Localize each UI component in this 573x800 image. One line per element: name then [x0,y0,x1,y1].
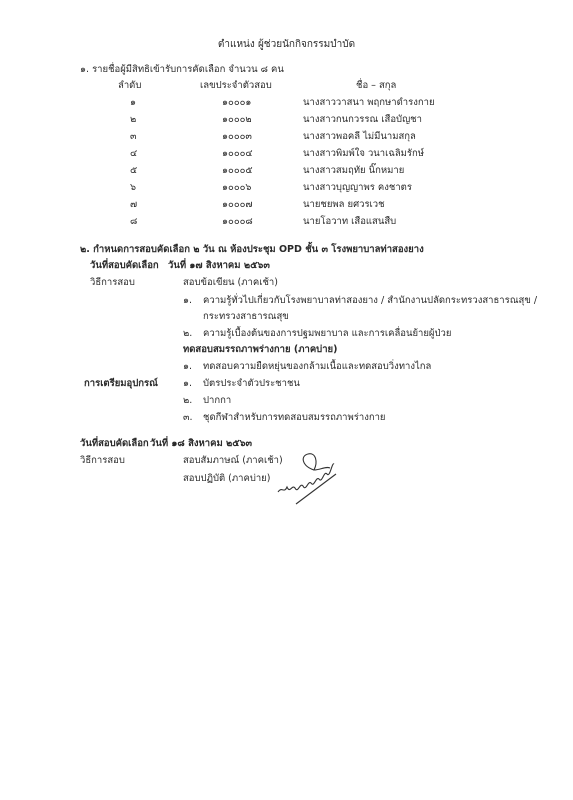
equipment-item-text: ชุดกีฬาสำหรับการทดสอบสมรรถภาพร่างกาย [203,411,386,425]
row-order: ๔ [130,147,137,161]
row-name: นางสาวบุญญาพร คงชาตร [303,181,412,195]
day1-method-label: วิธีการสอบ [90,276,135,290]
col-header-order: ลำดับ [118,79,141,93]
equipment-item-num: ๑. [183,377,192,391]
row-order: ๕ [130,164,137,178]
written-item-text: ความรู้ทั่วไปเกี่ยวกับโรงพยาบาลท่าสองยาง… [203,294,537,308]
row-exam-id: ๑๐๐๐๗ [222,198,253,212]
row-order: ๑ [130,96,136,110]
document-title: ตำแหน่ง ผู้ช่วยนักกิจกรรมบำบัด [0,38,573,52]
day1-date-value: วันที่ ๑๗ สิงหาคม ๒๕๖๓ [168,259,270,273]
row-order: ๖ [130,181,136,195]
row-exam-id: ๑๐๐๐๖ [222,181,251,195]
signature-image [270,448,350,508]
row-name: นายชยพล ยศวรเวช [303,198,385,212]
equipment-item-num: ๓. [183,411,193,425]
row-order: ๘ [130,215,137,229]
row-name: นางสาววาสนา พฤกษาดำรงกาย [303,96,435,110]
row-order: ๓ [130,130,137,144]
col-header-exam-id: เลขประจำตัวสอบ [200,79,272,93]
written-item-num: ๒. [183,327,192,341]
written-item-continuation: กระทรวงสาธารณสุข [203,310,289,324]
equipment-item-num: ๒. [183,394,192,408]
section2-heading: ๒. กำหนดการสอบคัดเลือก ๒ วัน ณ ห้องประชุ… [80,243,424,257]
row-name: นายโอวาท เสือแสนสืบ [303,215,396,229]
physical-test-title: ทดสอบสมรรถภาพร่างกาย (ภาคบ่าย) [183,343,337,357]
row-name: นางสาวพิมพ์ใจ วนาเฉลิมรักษ์ [303,147,424,161]
day2-date-label: วันที่สอบคัดเลือก [80,437,149,451]
physical-item-text: ทดสอบความยืดหยุ่นของกล้ามเนื้อและทดสอบวิ… [203,360,431,374]
day2-method: สอบปฏิบัติ (ภาคบ่าย) [183,472,270,486]
row-order: ๒ [130,113,136,127]
written-item-text: ความรู้เบื้องต้นของการปฐมพยาบาล และการเค… [203,327,451,341]
equipment-item-text: ปากกา [203,394,231,408]
day2-date-value: วันที่ ๑๘ สิงหาคม ๒๕๖๓ [150,437,252,451]
col-header-name: ชื่อ – สกุล [356,79,396,93]
day1-date-label: วันที่สอบคัดเลือก [90,259,159,273]
written-item-num: ๑. [183,294,192,308]
row-name: นางสาวสมฤทัย นิ๊กหมาย [303,164,404,178]
equipment-label: การเตรียมอุปกรณ์ [84,377,158,391]
day2-method-label: วิธีการสอบ [80,454,125,468]
row-name: นางสาวพอคลี ไม่มีนามสกุล [303,130,416,144]
row-name: นางสาวกนกวรรณ เสือบัญชา [303,113,422,127]
row-exam-id: ๑๐๐๐๓ [222,130,252,144]
row-exam-id: ๑๐๐๐๒ [222,113,252,127]
equipment-item-text: บัตรประจำตัวประชาชน [203,377,300,391]
section1-heading: ๑. รายชื่อผู้มีสิทธิเข้ารับการคัดเลือก จ… [80,63,284,77]
row-exam-id: ๑๐๐๐๕ [222,164,253,178]
row-exam-id: ๑๐๐๐๘ [222,215,253,229]
written-exam-title: สอบข้อเขียน (ภาคเช้า) [183,276,278,290]
row-exam-id: ๑๐๐๐๑ [222,96,251,110]
physical-item-num: ๑. [183,360,192,374]
day2-method: สอบสัมภาษณ์ (ภาคเช้า) [183,454,283,468]
row-order: ๗ [130,198,137,212]
row-exam-id: ๑๐๐๐๔ [222,147,253,161]
